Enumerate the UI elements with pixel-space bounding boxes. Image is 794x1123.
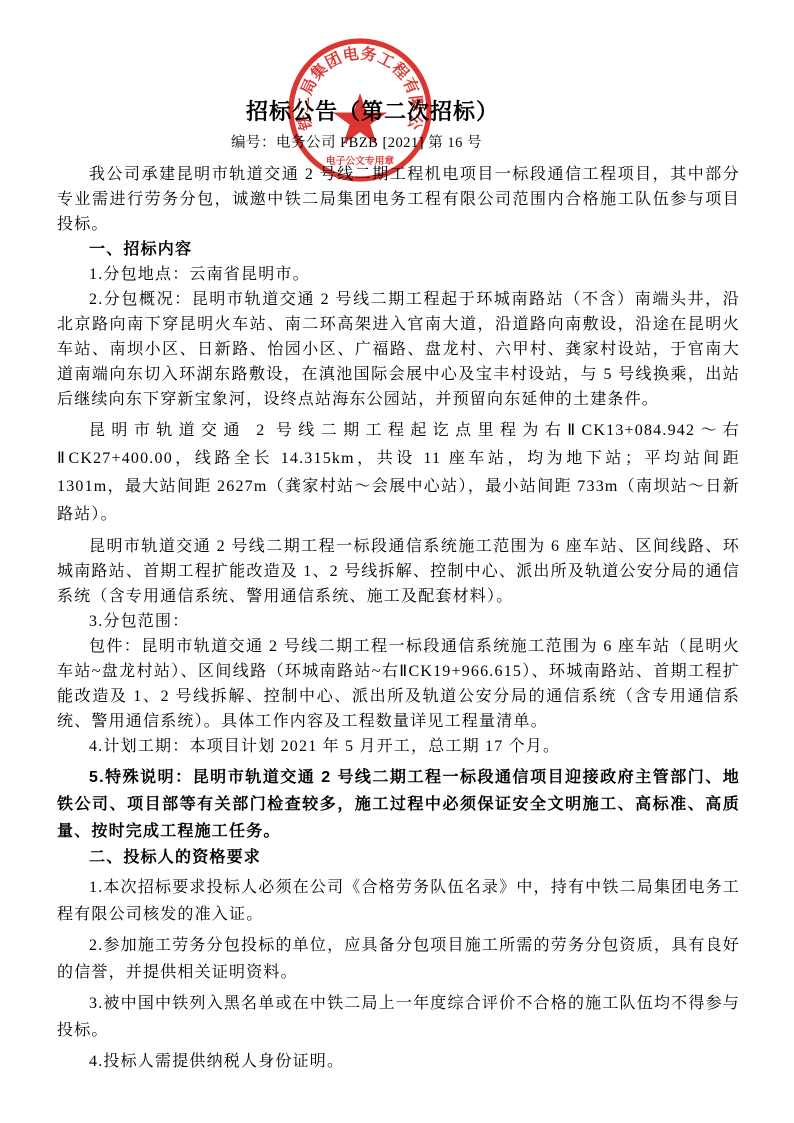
paragraph: 1.本次招标要求投标人必须在公司《合格劳务队伍名录》中，持有中铁二局集团电务工程…: [57, 875, 740, 928]
paragraph: 4.计划工期：本项目计划 2021 年 5 月开工，总工期 17 个月。: [57, 734, 740, 759]
paragraph: 我公司承建昆明市轨道交通 2 号线二期工程机电项目一标段通信工程项目，其中部分专…: [57, 162, 740, 237]
doc-number: 编号：电务公司 FBZB [2021] 第 16 号: [15, 133, 698, 153]
body-text: 我公司承建昆明市轨道交通 2 号线二期工程机电项目一标段通信工程项目，其中部分专…: [57, 162, 740, 1076]
doc-title: 招标公告（第二次招标）: [31, 97, 714, 127]
section-heading-2: 二、投标人的资格要求: [57, 845, 740, 870]
paragraph: 2.参加施工劳务分包投标的单位，应具备分包项目施工所需的劳务分包资质，具有良好的…: [57, 933, 740, 986]
paragraph: 4.投标人需提供纳税人身份证明。: [57, 1049, 740, 1076]
document-body: 招标公告（第二次招标） 编号：电务公司 FBZB [2021] 第 16 号 我…: [0, 0, 794, 1076]
paragraph: 1.分包地点：云南省昆明市。: [57, 262, 740, 287]
paragraph: 昆明市轨道交通 2 号线二期工程一标段通信系统施工范围为 6 座车站、区间线路、…: [57, 534, 740, 609]
paragraph-special-note: 5.特殊说明：昆明市轨道交通 2 号线二期工程一标段通信项目迎接政府主管部门、地…: [57, 764, 740, 845]
paragraph: 昆明市轨道交通 2 号线二期工程起讫点里程为右ⅡCK13+084.942～右ⅡC…: [57, 417, 740, 529]
section-heading-1: 一、招标内容: [57, 237, 740, 262]
paragraph: 2.分包概况：昆明市轨道交通 2 号线二期工程起于环城南路站（不含）南端头井，沿…: [57, 287, 740, 412]
document-page: 招标公告（第二次招标） 编号：电务公司 FBZB [2021] 第 16 号 我…: [0, 0, 794, 1123]
paragraph: 包件：昆明市轨道交通 2 号线二期工程一标段通信系统施工范围为 6 座车站（昆明…: [57, 634, 740, 734]
paragraph: 3.分包范围：: [57, 609, 740, 634]
paragraph: 3.被中国中铁列入黑名单或在中铁二局上一年度综合评价不合格的施工队伍均不得参与投…: [57, 991, 740, 1044]
